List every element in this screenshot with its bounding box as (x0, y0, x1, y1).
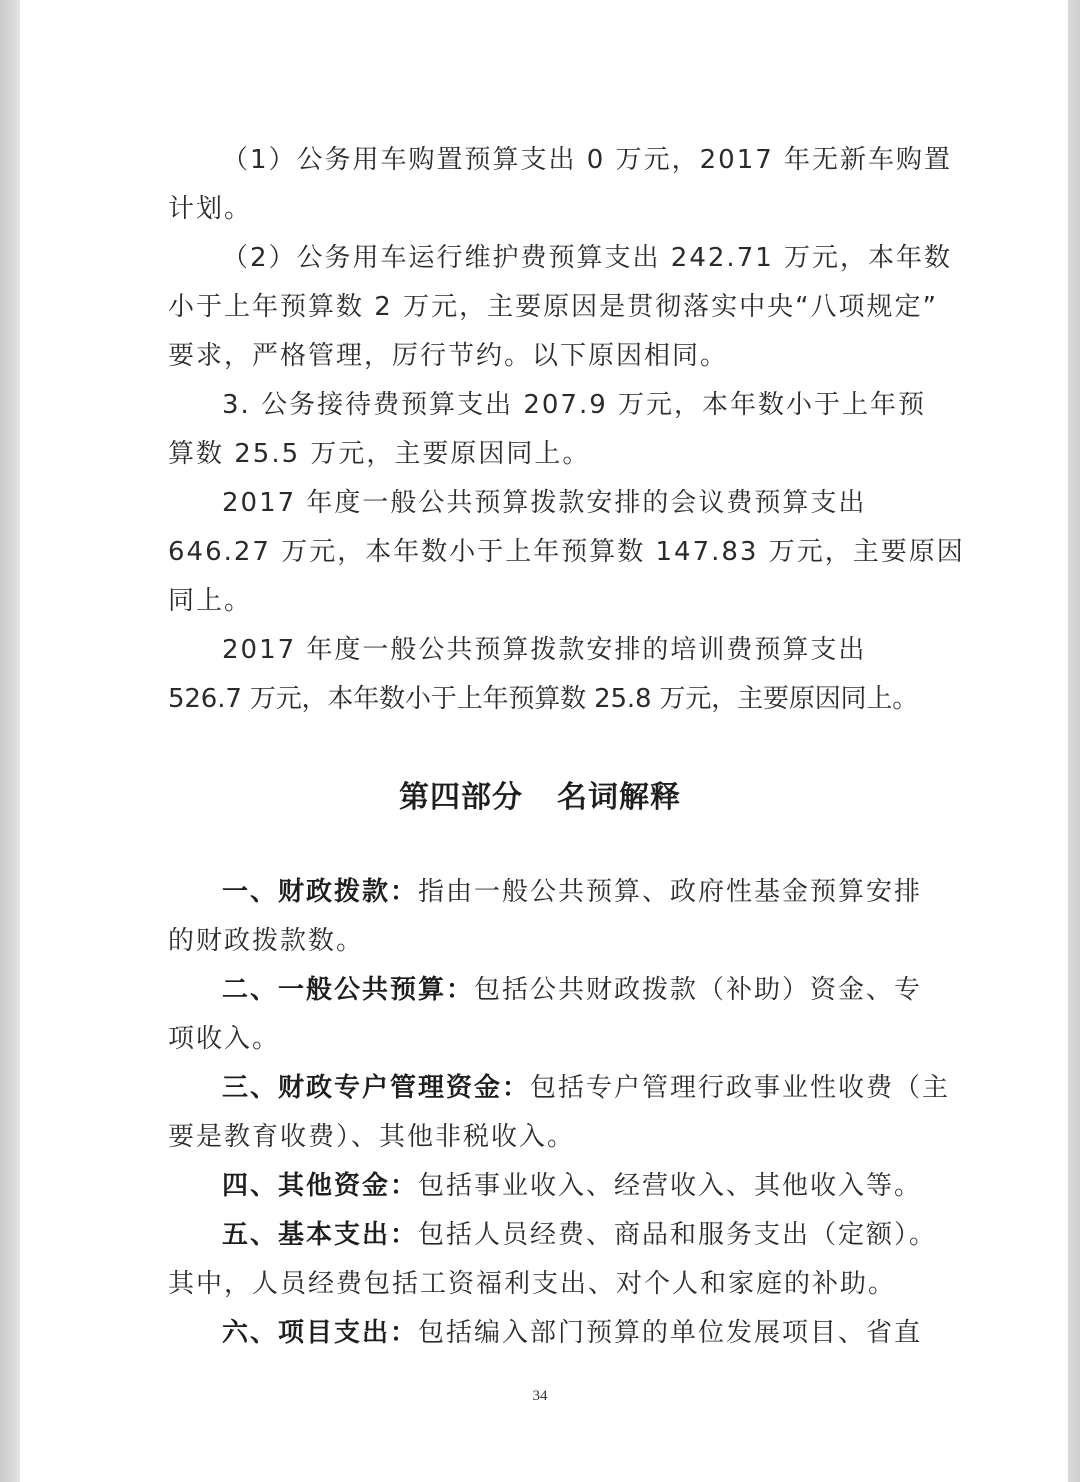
paragraph-vehicle-maintenance-line-1: （2）公务用车运行维护费预算支出 242.71 万元，本年数 (168, 234, 918, 283)
definition-continuation: 要是教育收费）、其他非税收入。 (168, 1113, 918, 1162)
definition-text: 包括事业收入、经营收入、其他收入等。 (418, 1171, 922, 1201)
definition-item-other-funds: 四、其他资金：包括事业收入、经营收入、其他收入等。 (168, 1162, 918, 1211)
definition-continuation: 其中，人员经费包括工资福利支出、对个人和家庭的补助。 (168, 1260, 918, 1309)
page-number: 34 (0, 1388, 1080, 1405)
definitions-list: 一、财政拨款：指由一般公共预算、政府性基金预算安排 的财政拨款数。 二、一般公共… (168, 868, 918, 1358)
definition-continuation: 的财政拨款数。 (168, 917, 918, 966)
budget-section: （1）公务用车购置预算支出 0 万元，2017 年无新车购置 计划。 （2）公务… (168, 136, 918, 724)
paragraph-meeting-line-2: 646.27 万元，本年数小于上年预算数 147.83 万元，主要原因 (168, 528, 918, 577)
paragraph-training-line-1: 2017 年度一般公共预算拨款安排的培训费预算支出 (168, 626, 918, 675)
definition-term: 三、财政专户管理资金： (222, 1073, 530, 1103)
definition-item-basic-expenditure: 五、基本支出：包括人员经费、商品和服务支出（定额）。 (168, 1211, 918, 1260)
paragraph-vehicle-purchase-line-1: （1）公务用车购置预算支出 0 万元，2017 年无新车购置 (168, 136, 918, 185)
definition-term: 五、基本支出： (222, 1220, 418, 1250)
paragraph-meeting-line-3: 同上。 (168, 577, 918, 626)
definition-item-special-account-funds: 三、财政专户管理资金：包括专户管理行政事业性收费（主 (168, 1064, 918, 1113)
definition-term: 一、财政拨款： (222, 877, 418, 907)
scan-edge-right (1068, 0, 1080, 1482)
paragraph-vehicle-maintenance-line-2: 小于上年预算数 2 万元，主要原因是贯彻落实中央“八项规定” (168, 283, 918, 332)
definition-text: 指由一般公共预算、政府性基金预算安排 (418, 877, 922, 907)
paragraph-reception-line-1: 3. 公务接待费预算支出 207.9 万元，本年数小于上年预 (168, 381, 918, 430)
paragraph-vehicle-purchase-line-2: 计划。 (168, 185, 918, 234)
definition-term: 六、项目支出： (222, 1318, 418, 1348)
definition-continuation: 项收入。 (168, 1015, 918, 1064)
section-part-label: 第四部分 (399, 780, 523, 815)
section-title: 名词解释 (557, 780, 681, 815)
paragraph-training-line-2: 526.7 万元，本年数小于上年预算数 25.8 万元，主要原因同上。 (168, 675, 918, 724)
paragraph-reception-line-2: 算数 25.5 万元，主要原因同上。 (168, 430, 918, 479)
paragraph-meeting-line-1: 2017 年度一般公共预算拨款安排的会议费预算支出 (168, 479, 918, 528)
definition-text: 包括专户管理行政事业性收费（主 (530, 1073, 950, 1103)
definition-item-project-expenditure: 六、项目支出：包括编入部门预算的单位发展项目、省直 (168, 1309, 918, 1358)
definition-term: 二、一般公共预算： (222, 975, 474, 1005)
definition-text: 包括人员经费、商品和服务支出（定额）。 (418, 1220, 937, 1250)
section-heading: 第四部分名词解释 (0, 772, 1080, 816)
definition-text: 包括公共财政拨款（补助）资金、专 (474, 975, 922, 1005)
paragraph-vehicle-maintenance-line-3: 要求，严格管理，厉行节约。以下原因相同。 (168, 332, 918, 381)
definition-text: 包括编入部门预算的单位发展项目、省直 (418, 1318, 922, 1348)
definition-term: 四、其他资金： (222, 1171, 418, 1201)
scan-edge-left (0, 0, 20, 1482)
definition-item-general-public-budget: 二、一般公共预算：包括公共财政拨款（补助）资金、专 (168, 966, 918, 1015)
definition-item-fiscal-appropriation: 一、财政拨款：指由一般公共预算、政府性基金预算安排 (168, 868, 918, 917)
